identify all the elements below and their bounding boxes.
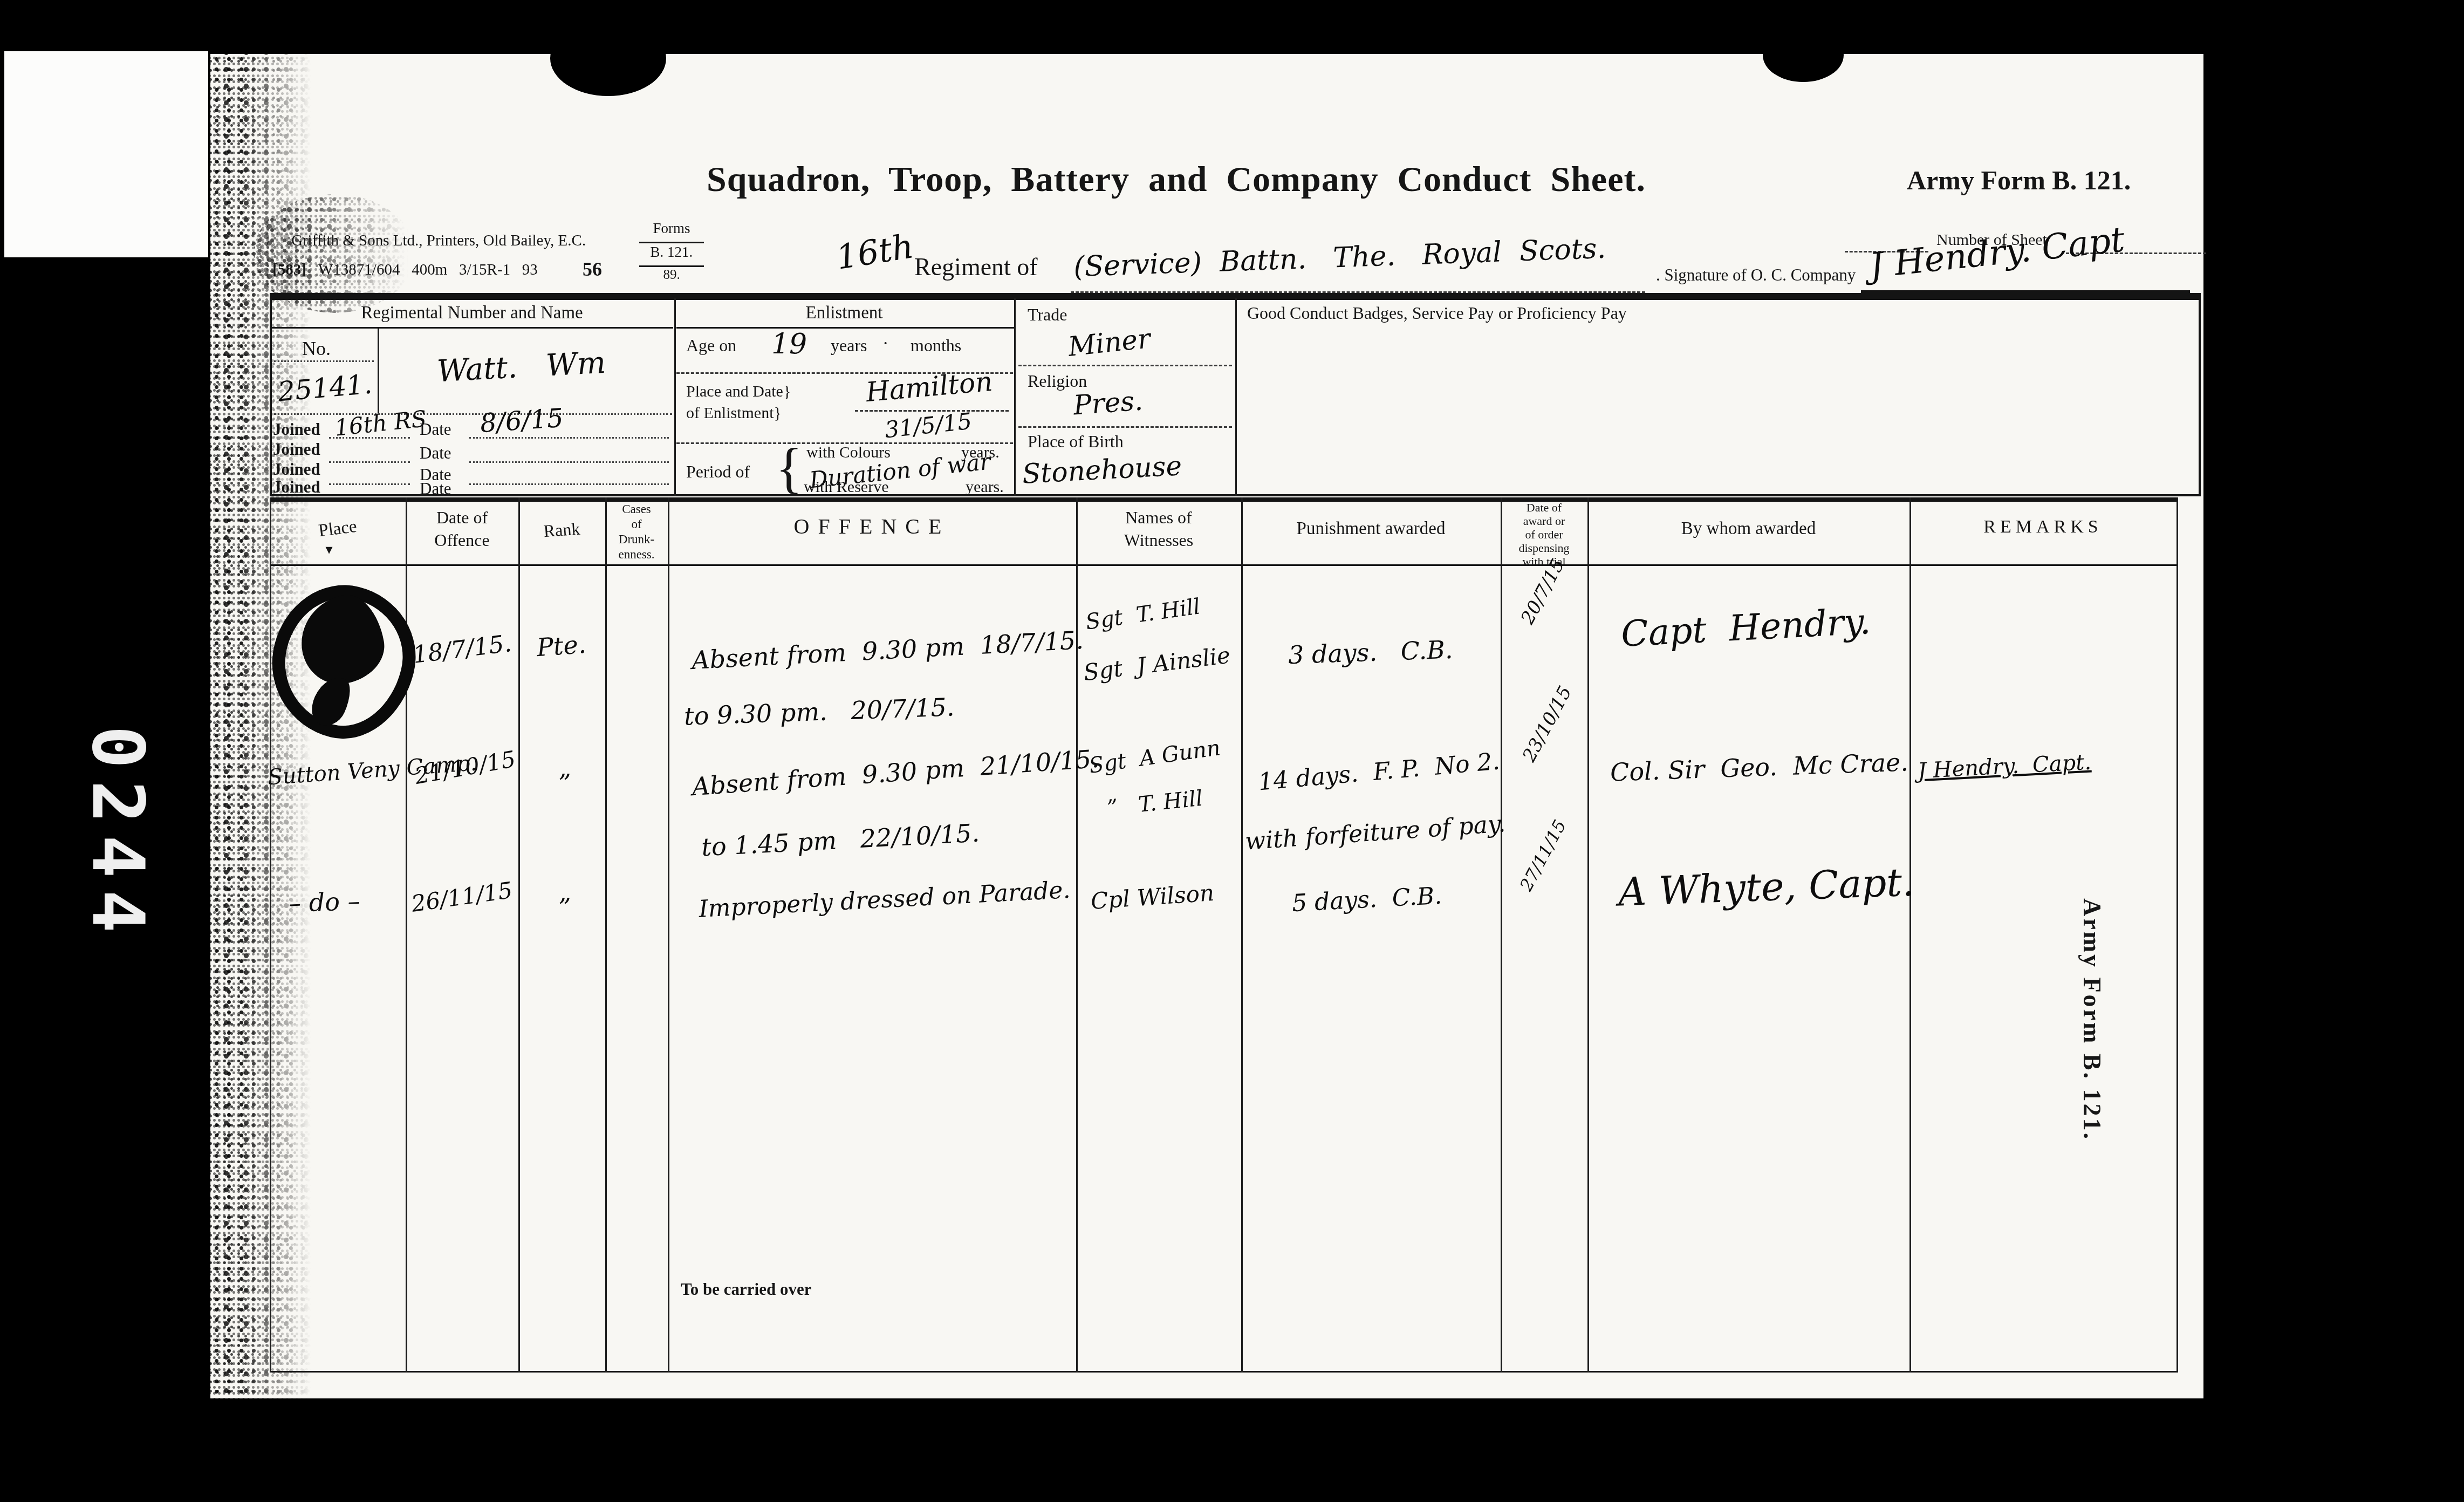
signature-oc-label: . Signature of O. C. Company [1656,265,1856,285]
joined-date-line-2 [469,461,669,463]
col-line-offence [668,497,669,1373]
col-header-offence: OFFENCE [668,514,1076,539]
printer-imprint-line2: W13871/604 400m 3/15R-1 93 [318,261,538,279]
forms-box-rule1 [639,242,704,243]
table-border-left [270,497,271,1373]
with-colours-label: with Colours [806,443,891,462]
row3-rank: ” [558,893,571,922]
army-form-number: Army Form B. 121. [1907,165,2131,196]
with-reserve-label: with Reserve [804,478,888,496]
trade-rule [1018,365,1232,366]
joined-label-4: Joined [273,477,320,497]
age-dot: · [882,333,888,354]
col-header-drunk: Cases of Drunk- enness. [605,502,668,562]
reserve-years-label: years. [966,478,1004,496]
regiment-of-label: Regiment of [914,252,1038,281]
table-border-right [2176,497,2178,1373]
col-header-awarddate: Date of award or of order dispensing wit… [1501,501,1587,568]
age-months-label: months [911,336,961,356]
particulars-divider-1 [674,298,676,496]
printer-imprint-line1: Griffith & Sons Ltd., Printers, Old Bail… [291,232,586,250]
age-value: 19 [771,328,807,360]
joined-label-3: Joined [273,460,320,479]
table-bottom-rule [270,1371,2178,1373]
reg-header-rule [272,327,673,329]
particulars-divider-3 [1235,298,1237,496]
col-header-date: Date of Offence [406,506,518,551]
religion-value: Pres. [1072,385,1144,421]
joined-date-line-1 [469,437,669,439]
col-line-rank [518,497,520,1373]
row3-place: – do – [288,886,360,918]
trade-label: Trade [1028,305,1067,325]
page-title: Squadron, Troop, Battery and Company Con… [707,159,1646,200]
religion-label: Religion [1028,371,1087,391]
row1-rank: Pte. [536,630,587,662]
table-header-rule [270,564,2178,566]
joined-date-label-2: Date [420,443,451,463]
printer-imprint-count: 56 [583,258,602,281]
period-of-label: Period of [686,462,750,482]
no-label: No. [302,337,331,360]
badges-header: Good Conduct Badges, Service Pay or Prof… [1247,303,1627,323]
col-line-punishment [1241,497,1243,1373]
carried-over-note: To be carried over [681,1280,812,1299]
period-brace: { [776,436,803,500]
torn-notch-right [1763,28,1844,82]
enlistment-header: Enlistment [674,303,1014,323]
forms-box-line1: Forms [639,220,704,237]
joined-label-1: Joined [273,420,320,439]
joined-date-line-3 [469,483,669,485]
col-line-awarddate [1501,497,1502,1373]
age-on-label: Age on [686,336,736,356]
row2-rank: ” [558,769,571,798]
scanned-conduct-sheet: 0244 Squadron, Troop, Battery and Compan… [0,0,2464,1502]
age-years-label: years [831,336,867,356]
no-underline [274,360,374,362]
religion-rule [1018,426,1232,428]
col-header-remarks: REMARKS [1909,517,2176,537]
particulars-divider-2 [1014,298,1016,496]
enlistment-header-rule [676,327,1014,329]
scan-side-number: 0244 [76,726,159,945]
army-form-number-vertical: Army Form B. 121. [2078,898,2106,1141]
col-header-witnesses: Names of Witnesses [1076,506,1241,551]
joined-unit-line-3 [329,483,410,485]
col-line-drunk [605,497,607,1373]
torn-notch-left [550,21,666,96]
joined-unit-line-2 [329,461,410,463]
joined-date-1: 8/6/15 [479,403,564,439]
row1-punishment: 3 days. C.B. [1288,635,1453,670]
joined-date-label-4: Date [420,479,451,499]
forms-box-line3: 89. [639,268,704,283]
place-date-enlistment-label: Place and Date} of Enlistment} [686,381,791,424]
joined-unit-line-1 [329,437,410,439]
printer-imprint-ref: [583] [272,261,306,279]
place-of-birth-label: Place of Birth [1028,432,1124,452]
header-rule [270,293,2201,298]
forms-box-line2: B. 121. [639,244,704,261]
no-divider [378,329,379,415]
joined-label-2: Joined [273,440,320,459]
scan-scrap-white [4,51,208,257]
forms-box-rule2 [639,265,704,267]
col-header-place-mark: ▾ [302,542,356,558]
col-header-bywhom: By whom awarded [1587,519,1909,539]
col-line-bywhom [1587,497,1589,1373]
reg-number-header: Regimental Number and Name [270,303,674,323]
table-top-rule [270,497,2178,502]
col-line-remarks [1909,497,1911,1373]
col-header-punishment: Punishment awarded [1241,519,1501,539]
joined-date-label-1: Date [420,420,451,439]
